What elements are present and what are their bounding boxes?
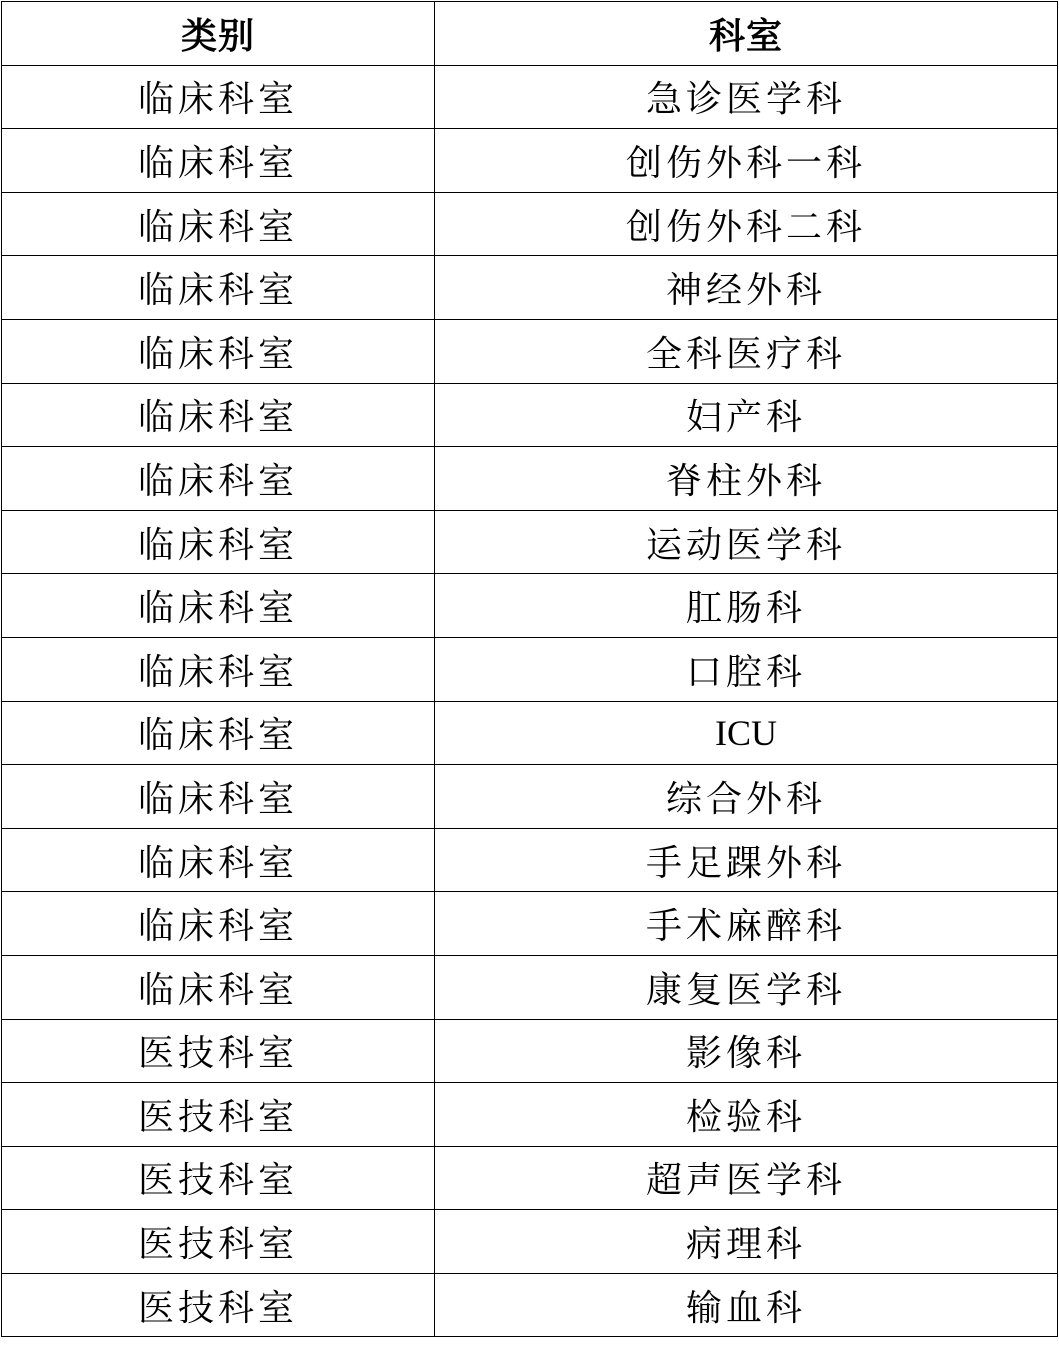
- cell-department: 输血科: [435, 1273, 1058, 1337]
- table-row: 临床科室 口腔科: [2, 637, 1058, 701]
- cell-category: 医技科室: [2, 1019, 435, 1083]
- cell-category: 临床科室: [2, 892, 435, 956]
- cell-department: 超声医学科: [435, 1146, 1058, 1210]
- cell-category: 临床科室: [2, 447, 435, 511]
- table-header-row: 类别 科室: [2, 2, 1058, 66]
- cell-category: 临床科室: [2, 828, 435, 892]
- cell-category: 临床科室: [2, 765, 435, 829]
- table-row: 临床科室 脊柱外科: [2, 447, 1058, 511]
- table-row: 临床科室 康复医学科: [2, 955, 1058, 1019]
- department-table: 类别 科室 临床科室 急诊医学科 临床科室 创伤外科一科 临床科室 创伤外科二科…: [1, 1, 1058, 1337]
- cell-category: 医技科室: [2, 1273, 435, 1337]
- cell-category: 临床科室: [2, 701, 435, 765]
- cell-department: 脊柱外科: [435, 447, 1058, 511]
- table-row: 临床科室 神经外科: [2, 256, 1058, 320]
- cell-department: 影像科: [435, 1019, 1058, 1083]
- cell-department: 创伤外科一科: [435, 129, 1058, 193]
- table-row: 临床科室 妇产科: [2, 383, 1058, 447]
- table-row: 医技科室 检验科: [2, 1083, 1058, 1147]
- cell-department: 病理科: [435, 1210, 1058, 1274]
- cell-category: 临床科室: [2, 192, 435, 256]
- cell-category: 临床科室: [2, 256, 435, 320]
- cell-category: 临床科室: [2, 65, 435, 129]
- cell-department: 康复医学科: [435, 955, 1058, 1019]
- cell-category: 医技科室: [2, 1146, 435, 1210]
- cell-category: 临床科室: [2, 383, 435, 447]
- header-department: 科室: [435, 2, 1058, 66]
- cell-department: 肛肠科: [435, 574, 1058, 638]
- cell-department: 急诊医学科: [435, 65, 1058, 129]
- table-row: 临床科室 全科医疗科: [2, 319, 1058, 383]
- cell-category: 临床科室: [2, 574, 435, 638]
- table-row: 临床科室 ICU: [2, 701, 1058, 765]
- cell-department: 创伤外科二科: [435, 192, 1058, 256]
- cell-department: 手足踝外科: [435, 828, 1058, 892]
- table-row: 临床科室 急诊医学科: [2, 65, 1058, 129]
- cell-department: ICU: [435, 701, 1058, 765]
- cell-department: 神经外科: [435, 256, 1058, 320]
- cell-category: 临床科室: [2, 637, 435, 701]
- table-row: 临床科室 创伤外科一科: [2, 129, 1058, 193]
- header-category: 类别: [2, 2, 435, 66]
- cell-category: 医技科室: [2, 1083, 435, 1147]
- table-row: 医技科室 输血科: [2, 1273, 1058, 1337]
- table-row: 医技科室 影像科: [2, 1019, 1058, 1083]
- cell-category: 临床科室: [2, 510, 435, 574]
- table-row: 临床科室 手足踝外科: [2, 828, 1058, 892]
- table-row: 临床科室 运动医学科: [2, 510, 1058, 574]
- cell-category: 临床科室: [2, 319, 435, 383]
- cell-department: 口腔科: [435, 637, 1058, 701]
- cell-category: 医技科室: [2, 1210, 435, 1274]
- cell-department: 妇产科: [435, 383, 1058, 447]
- table-row: 医技科室 病理科: [2, 1210, 1058, 1274]
- table-row: 临床科室 创伤外科二科: [2, 192, 1058, 256]
- cell-category: 临床科室: [2, 955, 435, 1019]
- table-row: 临床科室 手术麻醉科: [2, 892, 1058, 956]
- table-row: 医技科室 超声医学科: [2, 1146, 1058, 1210]
- table-row: 临床科室 肛肠科: [2, 574, 1058, 638]
- cell-department: 检验科: [435, 1083, 1058, 1147]
- cell-department: 综合外科: [435, 765, 1058, 829]
- table-row: 临床科室 综合外科: [2, 765, 1058, 829]
- cell-department: 手术麻醉科: [435, 892, 1058, 956]
- cell-department: 全科医疗科: [435, 319, 1058, 383]
- cell-department: 运动医学科: [435, 510, 1058, 574]
- cell-category: 临床科室: [2, 129, 435, 193]
